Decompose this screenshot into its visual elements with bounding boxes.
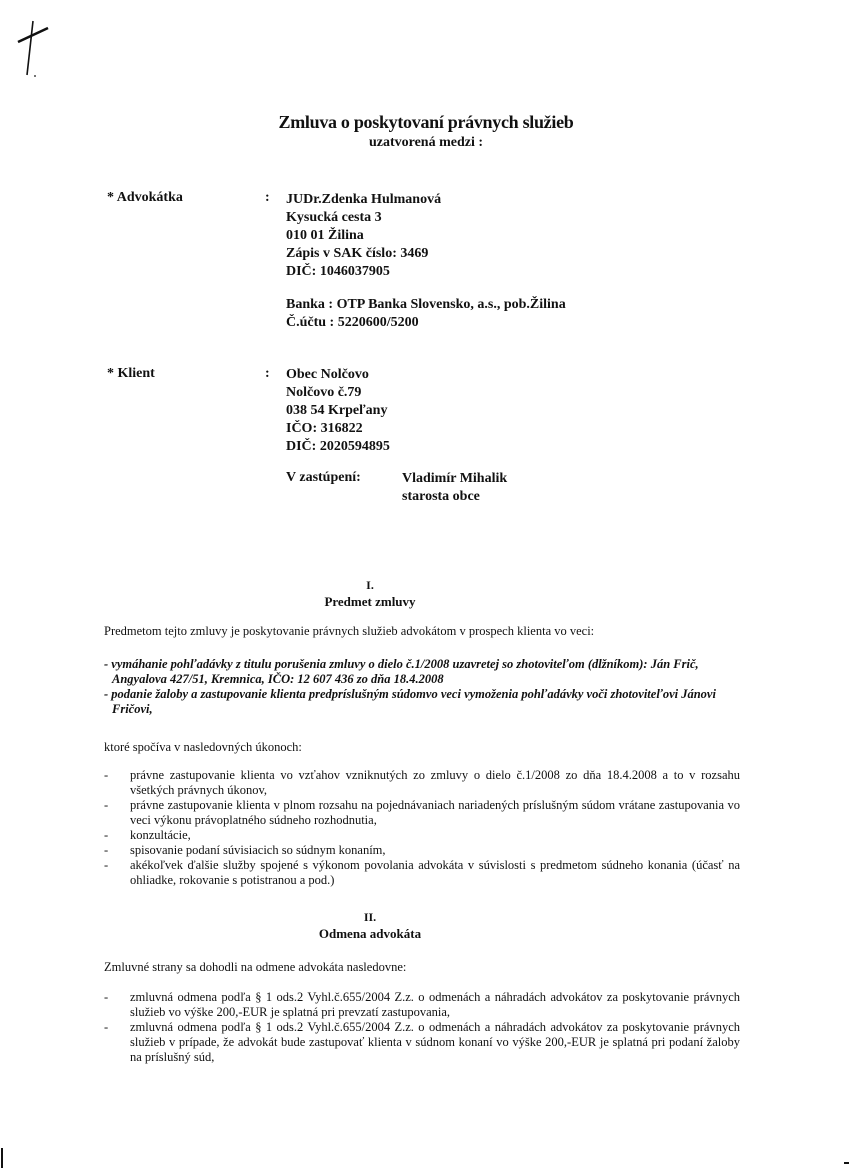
client-street: Nolčovo č.79 xyxy=(286,384,390,402)
representative-name: Vladimír Mihalik xyxy=(402,470,507,488)
list-item: -spisovanie podaní súvisiacich so súdnym… xyxy=(104,843,740,858)
advocate-street: Kysucká cesta 3 xyxy=(286,209,441,227)
subject-item: - podanie žaloby a zastupovanie klienta … xyxy=(104,687,744,717)
section-2-intro: Zmluvné strany sa dohodli na odmene advo… xyxy=(104,960,406,975)
representative-role: starosta obce xyxy=(402,488,507,506)
advocate-dic: DIČ: 1046037905 xyxy=(286,263,441,281)
handwritten-cross-mark xyxy=(15,20,55,80)
list-item: -právne zastupovanie klienta v plnom roz… xyxy=(104,798,740,828)
advocate-city: 010 01 Žilina xyxy=(286,227,441,245)
document-subtitle: uzatvorená medzi : xyxy=(0,135,852,151)
advocate-colon: : xyxy=(265,190,270,206)
advocate-details: JUDr.Zdenka Hulmanová Kysucká cesta 3 01… xyxy=(286,191,441,281)
scan-edge-mark xyxy=(1,1148,3,1168)
client-colon: : xyxy=(265,366,270,382)
client-label: * Klient xyxy=(107,366,155,382)
fee-list: -zmluvná odmena podľa § 1 ods.2 Vyhl.č.6… xyxy=(104,990,740,1065)
representative: Vladimír Mihalik starosta obce xyxy=(402,470,507,506)
advocate-account: Č.účtu : 5220600/5200 xyxy=(286,314,566,332)
advocate-name: JUDr.Zdenka Hulmanová xyxy=(286,191,441,209)
advocate-label: * Advokátka xyxy=(107,190,183,206)
representation-label: V zastúpení: xyxy=(286,470,361,486)
list-item: -konzultácie, xyxy=(104,828,740,843)
client-details: Obec Nolčovo Nolčovo č.79 038 54 Krpeľan… xyxy=(286,366,390,456)
acts-list: -právne zastupovanie klienta vo vzťahov … xyxy=(104,768,740,888)
section-1-intro: Predmetom tejto zmluvy je poskytovanie p… xyxy=(104,624,594,639)
section-2-number: II. xyxy=(0,910,740,925)
advocate-sak-number: Zápis v SAK číslo: 3469 xyxy=(286,245,441,263)
client-city: 038 54 Krpeľany xyxy=(286,402,390,420)
section-2-title: Odmena advokáta xyxy=(0,926,740,942)
scan-edge-mark xyxy=(844,1162,849,1164)
acts-intro: ktoré spočíva v nasledovných úkonoch: xyxy=(104,740,302,755)
client-ico: IČO: 316822 xyxy=(286,420,390,438)
list-item: -akékoľvek ďalšie služby spojené s výkon… xyxy=(104,858,740,888)
document-title: Zmluva o poskytovaní právnych služieb xyxy=(0,112,852,133)
advocate-bank-details: Banka : OTP Banka Slovensko, a.s., pob.Ž… xyxy=(286,296,566,332)
list-item: -zmluvná odmena podľa § 1 ods.2 Vyhl.č.6… xyxy=(104,990,740,1020)
subject-items: - vymáhanie pohľadávky z titulu porušeni… xyxy=(104,657,744,717)
list-item: -zmluvná odmena podľa § 1 ods.2 Vyhl.č.6… xyxy=(104,1020,740,1065)
list-item: -právne zastupovanie klienta vo vzťahov … xyxy=(104,768,740,798)
client-name: Obec Nolčovo xyxy=(286,366,390,384)
section-1-number: I. xyxy=(0,578,740,593)
subject-item: - vymáhanie pohľadávky z titulu porušeni… xyxy=(104,657,744,687)
advocate-bank: Banka : OTP Banka Slovensko, a.s., pob.Ž… xyxy=(286,296,566,314)
client-dic: DIČ: 2020594895 xyxy=(286,438,390,456)
section-1-title: Predmet zmluvy xyxy=(0,594,740,610)
